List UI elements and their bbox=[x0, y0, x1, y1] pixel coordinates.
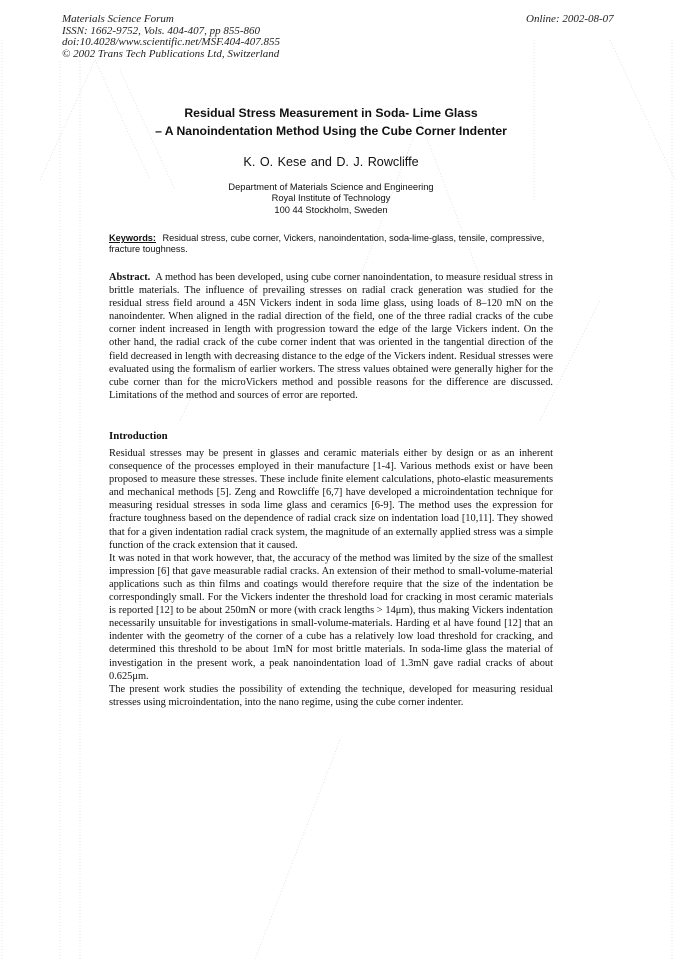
paper-title-line-1: Residual Stress Measurement in Soda- Lim… bbox=[109, 104, 553, 122]
journal-citation: Materials Science Forum ISSN: 1662-9752,… bbox=[62, 14, 280, 60]
paper-title: Residual Stress Measurement in Soda- Lim… bbox=[109, 104, 553, 140]
keywords-label: Keywords: bbox=[109, 233, 156, 243]
online-date: Online: 2002-08-07 bbox=[526, 14, 614, 26]
introduction-heading: Introduction bbox=[109, 430, 168, 442]
introduction-paragraph: It was noted in that work however, that,… bbox=[109, 552, 553, 683]
affiliation-department: Department of Materials Science and Engi… bbox=[109, 182, 553, 193]
introduction-body: Residual stresses may be present in glas… bbox=[109, 447, 553, 709]
author-affiliation: Department of Materials Science and Engi… bbox=[109, 182, 553, 216]
introduction-paragraph: Residual stresses may be present in glas… bbox=[109, 447, 553, 552]
abstract: Abstract.A method has been developed, us… bbox=[109, 271, 553, 402]
journal-copyright: © 2002 Trans Tech Publications Ltd, Swit… bbox=[62, 49, 280, 61]
paper-authors: K. O. Kese and D. J. Rowcliffe bbox=[109, 154, 553, 170]
paper-title-line-2: – A Nanoindentation Method Using the Cub… bbox=[109, 122, 553, 140]
abstract-text: A method has been developed, using cube … bbox=[109, 272, 553, 401]
abstract-label: Abstract. bbox=[109, 272, 150, 283]
affiliation-institute: Royal Institute of Technology bbox=[109, 193, 553, 204]
journal-doi[interactable]: doi:10.4028/www.scientific.net/MSF.404-4… bbox=[62, 37, 280, 49]
journal-name: Materials Science Forum bbox=[62, 14, 280, 26]
keywords-text: Residual stress, cube corner, Vickers, n… bbox=[109, 233, 544, 254]
keywords: Keywords: Residual stress, cube corner, … bbox=[109, 233, 555, 256]
affiliation-address: 100 44 Stockholm, Sweden bbox=[109, 205, 553, 216]
introduction-paragraph: The present work studies the possibility… bbox=[109, 683, 553, 709]
